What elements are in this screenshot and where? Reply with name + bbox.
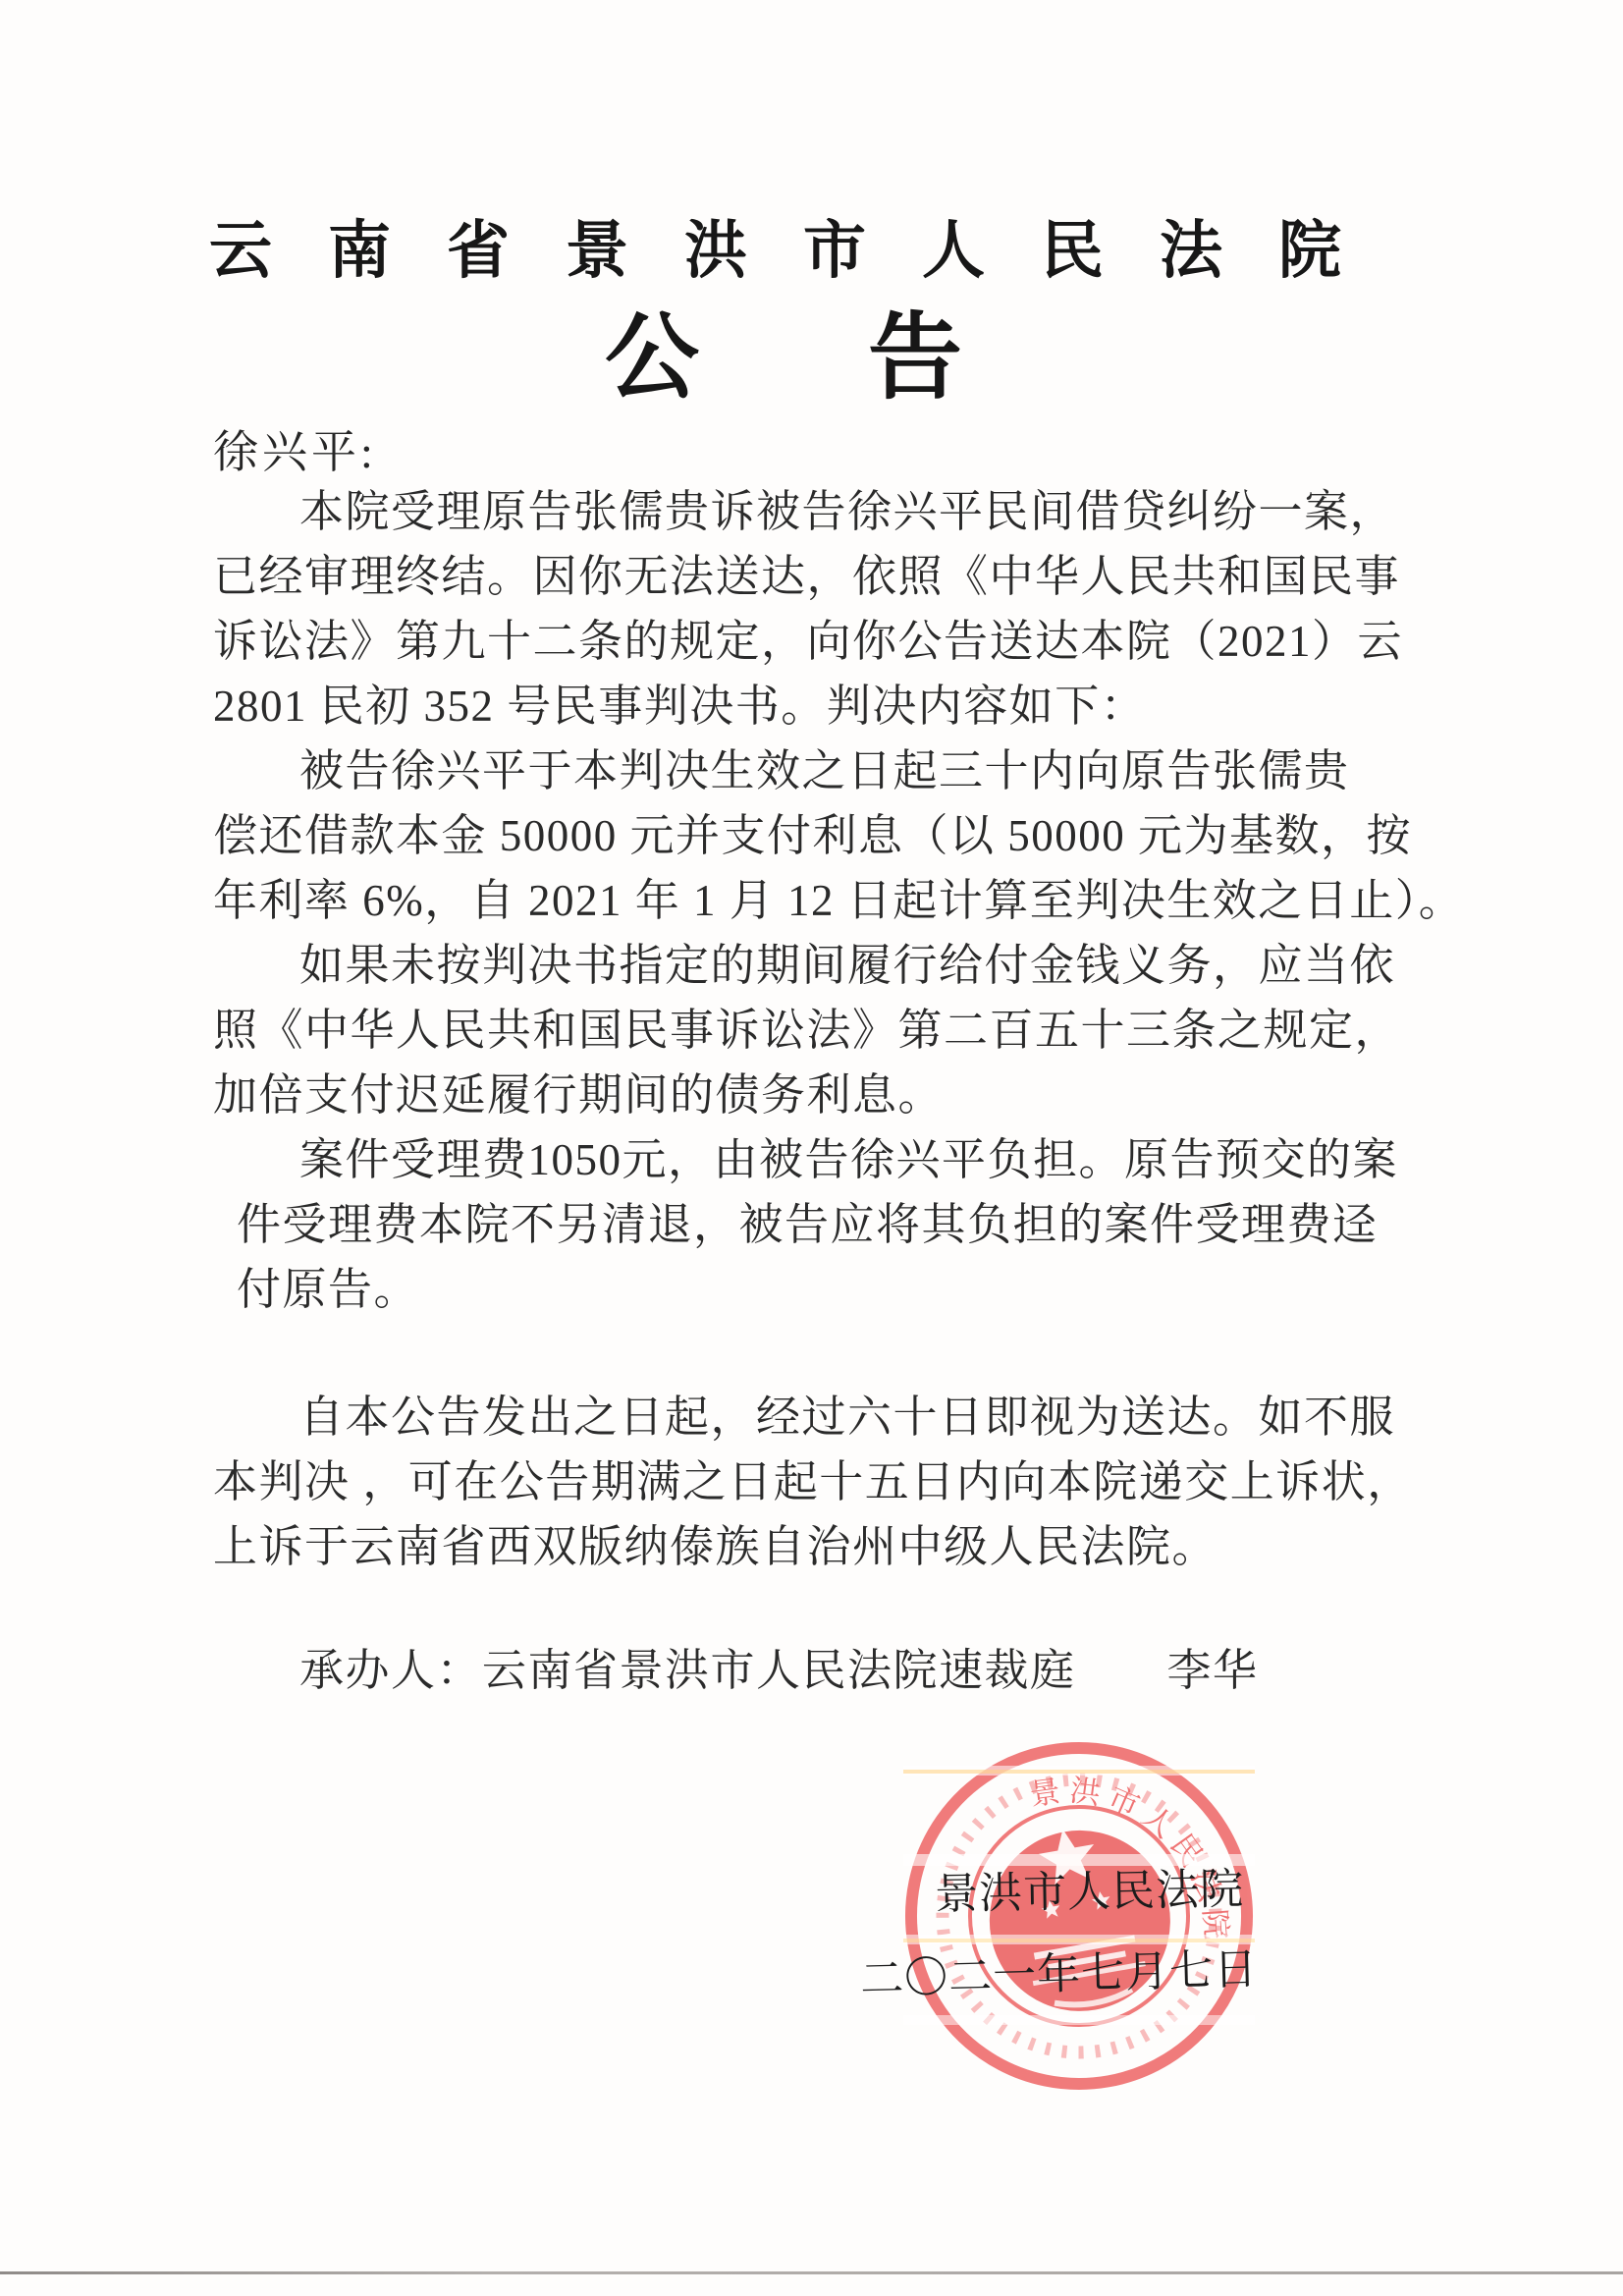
- body-line: 偿还借款本金 50000 元并支付利息（以 50000 元为基数，按: [213, 803, 1391, 868]
- body-line: 本院受理原告张儒贵诉被告徐兴平民间借贷纠纷一案，: [213, 479, 1391, 544]
- body-line: 被告徐兴平于本判决生效之日起三十内向原告张儒贵: [213, 738, 1391, 803]
- body-line: 案件受理费1050元，由被告徐兴平负担。原告预交的案: [213, 1127, 1391, 1192]
- body-line: 付原告。: [213, 1257, 1391, 1322]
- scan-edge-line: [0, 2271, 1623, 2274]
- body-line: 自本公告发出之日起，经过六十日即视为送达。如不服: [213, 1385, 1391, 1449]
- court-title: 云南省景洪市人民法院: [209, 200, 1397, 291]
- body-line: 诉讼法》第九十二条的规定，向你公告送达本院（2021）云: [213, 609, 1391, 674]
- scanned-court-notice-page: 云南省景洪市人民法院 公告 徐兴平: 本院受理原告张儒贵诉被告徐兴平民间借贷纠纷…: [0, 0, 1623, 2296]
- notice-title: 公告: [605, 283, 1131, 417]
- body-line: 承办人：云南省景洪市人民法院速裁庭 李华: [213, 1638, 1391, 1703]
- body-line: 本判决 ，可在公告期满之日起十五日内向本院递交上诉状，: [213, 1449, 1391, 1514]
- body-line: 照《中华人民共和国民事诉讼法》第二百五十三条之规定，: [213, 998, 1391, 1063]
- body-line: 年利率 6%，自 2021 年 1 月 12 日起计算至判决生效之日止）。: [213, 868, 1391, 933]
- seal-court-name: 景洪市人民法院: [934, 1853, 1244, 1921]
- body-lines: 本院受理原告张儒贵诉被告徐兴平民间借贷纠纷一案，已经审理终结。因你无法送达，依照…: [213, 479, 1391, 1703]
- addressee-name: 徐兴平:: [213, 416, 377, 481]
- body-line: 如果未按判决书指定的期间履行给付金钱义务，应当依: [213, 933, 1391, 998]
- body-line: 已经审理终结。因你无法送达，依照《中华人民共和国民事: [213, 544, 1391, 609]
- body-line: 加倍支付迟延履行期间的债务利息。: [213, 1063, 1391, 1127]
- body-line: 件受理费本院不另清退，被告应将其负担的案件受理费迳: [213, 1192, 1391, 1257]
- body-line: 上诉于云南省西双版纳傣族自治州中级人民法院。: [213, 1514, 1391, 1579]
- seal-date: 二〇二一年七月七日: [859, 1934, 1259, 2007]
- body-line: 2801 民初 352 号民事判决书。判决内容如下：: [213, 674, 1391, 738]
